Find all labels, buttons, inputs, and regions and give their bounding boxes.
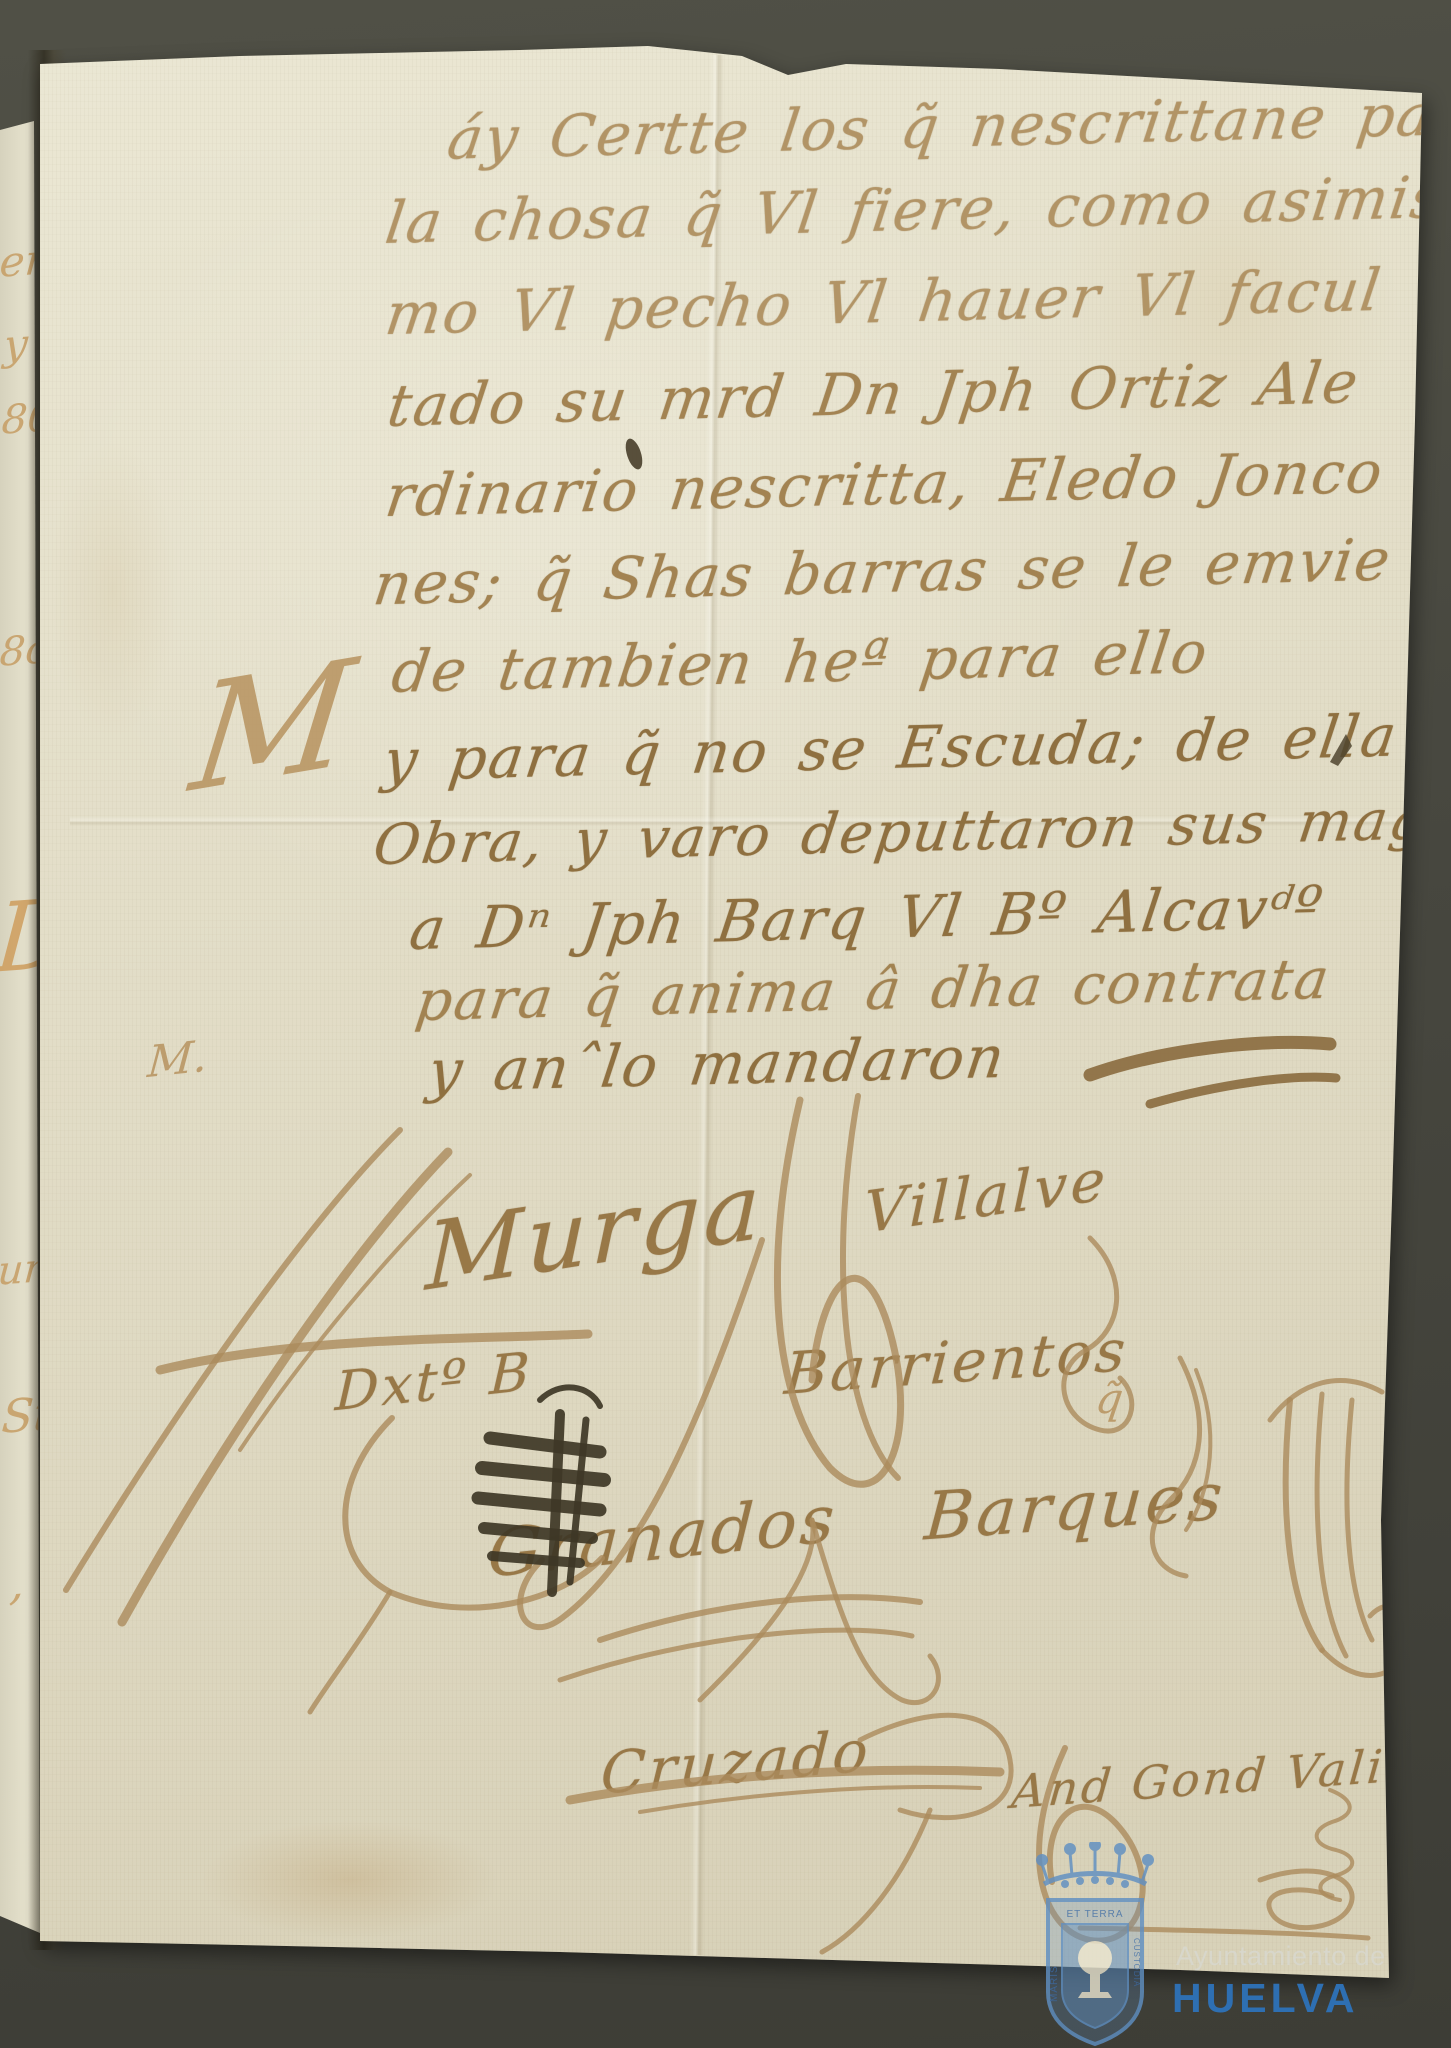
signature-villalve: Villalve [864,1146,1109,1247]
watermark-city-label: HUELVA [1172,1975,1392,2022]
murga-rubric [777,1100,900,1484]
manuscript-line: Obra, y varo deputtaron sus magˢ [370,787,1451,878]
dxto-rubric [310,1592,390,1712]
signature-murga: Murga [424,1153,764,1313]
cruzado-flourish [822,1810,930,1952]
crest-motto-left: MARIS [1049,1965,1060,2002]
manuscript-line: y anˆlo mandaron [424,1023,1010,1105]
page-shadow-wrap: áy Certte los q̃ nescrittane para la cho… [0,0,1451,2048]
signature-granados: Granados [486,1480,839,1593]
barques-rubric [1270,1381,1382,1420]
mandaron-closing-dash [1090,1042,1336,1104]
manuscript-scan: en y 80 8o D una St , áy Certte los q̃ n… [0,0,1451,2048]
signature-barques: Barques [922,1458,1228,1556]
barques-rubric [1322,1606,1411,1676]
valiente-knot [1260,1871,1352,1928]
signature-barrientos: Barrientos [782,1316,1130,1408]
margin-mark-m: M [184,628,362,826]
paper-stain [48,440,178,740]
signature-valiente: And Gond Valiente [1010,1731,1451,1819]
signature-dxto: Dxtº B [334,1340,534,1423]
manuscript-line: rdinario nescritta, Eledo Jonco [382,438,1389,530]
barques-rubric [1286,1400,1322,1650]
crest-motto-top: ET TERRA [1066,1909,1123,1920]
barques-rubric [1317,1394,1346,1656]
granados-flourish [600,1597,920,1640]
barques-rubric [1347,1400,1372,1640]
manuscript-page: áy Certte los q̃ nescrittane para la cho… [0,0,1451,2048]
manuscript-line: y para q̃ no se Escuda; de ella [380,702,1403,795]
cruzado-flourish [860,1715,1011,1817]
manuscript-line: para q̃ anima â dha contrata [412,947,1334,1034]
paper-stain [200,1820,500,1940]
huelva-crest-icon: ET TERRA MARIS CUSTODIA [1028,1842,1162,2047]
murga-rubric [843,1096,898,1478]
manuscript-line: nes; q̃ Shas barras se le emvie [370,526,1396,619]
crest-motto-right: CUSTODIA [1132,1938,1141,1987]
valiente-coil [1317,1790,1353,1900]
watermark-org-label: Ayuntamiento de [1176,1941,1386,1972]
margin-mark-m-small: M. [146,1031,209,1088]
granados-flourish [560,1630,912,1680]
manuscript-line: de tambien heª para ello [388,618,1213,706]
signature-cruzado: Cruzado [599,1716,873,1807]
